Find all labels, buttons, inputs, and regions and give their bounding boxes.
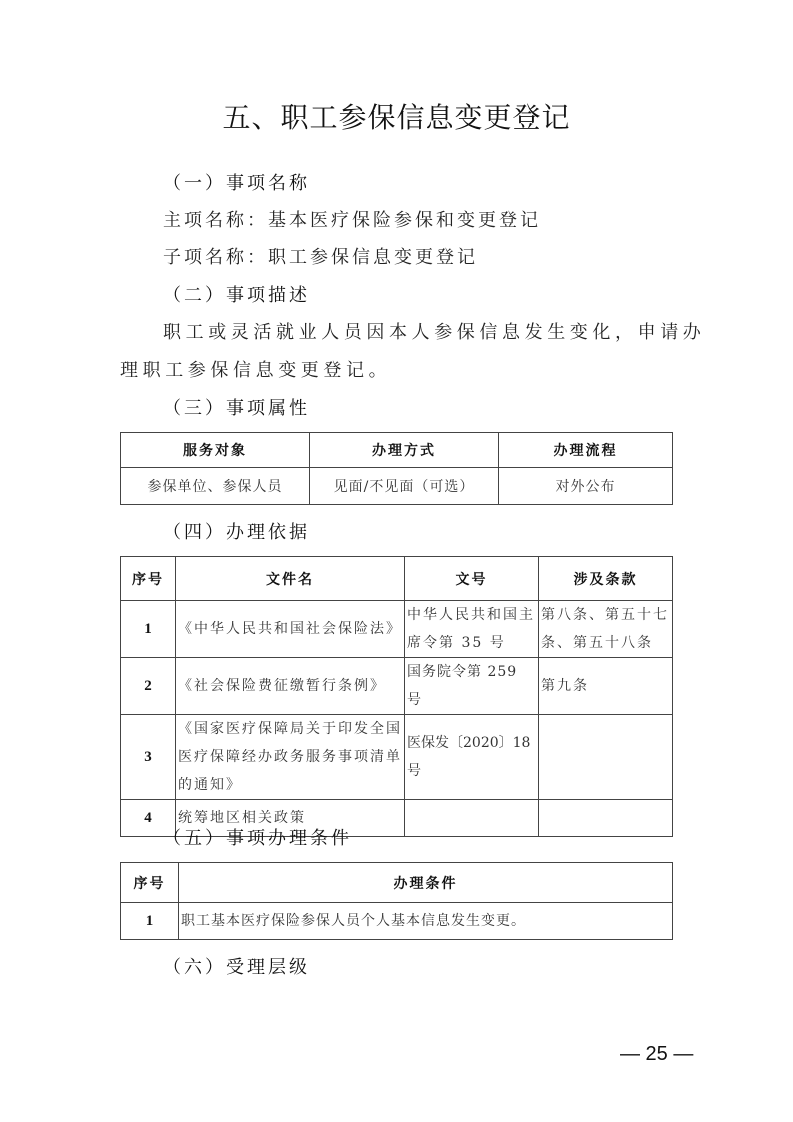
section-heading-4: （四）办理依据 — [163, 518, 310, 544]
row-doc-number: 中华人民共和国主席令第 35 号 — [405, 601, 539, 658]
section-heading-1: （一）事项名称 — [163, 169, 310, 195]
handling-method-value: 见面/不见面（可选） — [310, 468, 499, 505]
row-seq: 1 — [121, 601, 176, 658]
table-row: 1 《中华人民共和国社会保险法》 中华人民共和国主席令第 35 号 第八条、第五… — [121, 601, 673, 658]
row-file-name: 《中华人民共和国社会保险法》 — [176, 601, 405, 658]
row-condition: 职工基本医疗保险参保人员个人基本信息发生变更。 — [179, 903, 673, 940]
page-number: — 25 — — [620, 1043, 693, 1066]
header-handling-method: 办理方式 — [310, 433, 499, 468]
section-heading-2: （二）事项描述 — [163, 281, 310, 307]
header-doc-number: 文号 — [405, 557, 539, 601]
row-clauses: 第八条、第五十七条、第五十八条 — [539, 601, 673, 658]
row-seq: 3 — [121, 715, 176, 800]
section-heading-6: （六）受理层级 — [163, 953, 310, 979]
table-header-row: 序号 办理条件 — [121, 863, 673, 903]
row-clauses — [539, 800, 673, 837]
table-row: 3 《国家医疗保障局关于印发全国医疗保障经办政务服务事项清单的通知》 医保发〔2… — [121, 715, 673, 800]
row-file-name: 《国家医疗保障局关于印发全国医疗保障经办政务服务事项清单的通知》 — [176, 715, 405, 800]
row-file-name: 《社会保险费征缴暂行条例》 — [176, 658, 405, 715]
attributes-table: 服务对象 办理方式 办理流程 参保单位、参保人员 见面/不见面（可选） 对外公布 — [120, 432, 673, 505]
section-heading-3: （三）事项属性 — [163, 394, 310, 420]
row-doc-number: 国务院令第 259 号 — [405, 658, 539, 715]
table-row: 1 职工基本医疗保险参保人员个人基本信息发生变更。 — [121, 903, 673, 940]
table-header-row: 服务对象 办理方式 办理流程 — [121, 433, 673, 468]
header-service-target: 服务对象 — [121, 433, 310, 468]
handling-process-value: 对外公布 — [499, 468, 673, 505]
header-seq: 序号 — [121, 863, 179, 903]
description-line-1: 职工或灵活就业人员因本人参保信息发生变化，申请办 — [163, 318, 705, 344]
table-row: 参保单位、参保人员 见面/不见面（可选） 对外公布 — [121, 468, 673, 505]
table-row: 2 《社会保险费征缴暂行条例》 国务院令第 259 号 第九条 — [121, 658, 673, 715]
row-seq: 2 — [121, 658, 176, 715]
row-doc-number: 医保发〔2020〕18 号 — [405, 715, 539, 800]
header-clauses: 涉及条款 — [539, 557, 673, 601]
header-seq: 序号 — [121, 557, 176, 601]
page-title: 五、职工参保信息变更登记 — [0, 96, 793, 136]
section-heading-5: （五）事项办理条件 — [163, 824, 352, 850]
sub-item-name: 子项名称：职工参保信息变更登记 — [163, 243, 478, 269]
header-handling-process: 办理流程 — [499, 433, 673, 468]
header-file-name: 文件名 — [176, 557, 405, 601]
row-seq: 1 — [121, 903, 179, 940]
table-header-row: 序号 文件名 文号 涉及条款 — [121, 557, 673, 601]
legal-basis-table: 序号 文件名 文号 涉及条款 1 《中华人民共和国社会保险法》 中华人民共和国主… — [120, 556, 673, 837]
description-line-2: 理职工参保信息变更登记。 — [120, 356, 391, 382]
main-item-name: 主项名称：基本医疗保险参保和变更登记 — [163, 206, 541, 232]
conditions-table: 序号 办理条件 1 职工基本医疗保险参保人员个人基本信息发生变更。 — [120, 862, 673, 940]
row-doc-number — [405, 800, 539, 837]
service-target-value: 参保单位、参保人员 — [121, 468, 310, 505]
header-condition: 办理条件 — [179, 863, 673, 903]
row-clauses — [539, 715, 673, 800]
row-clauses: 第九条 — [539, 658, 673, 715]
